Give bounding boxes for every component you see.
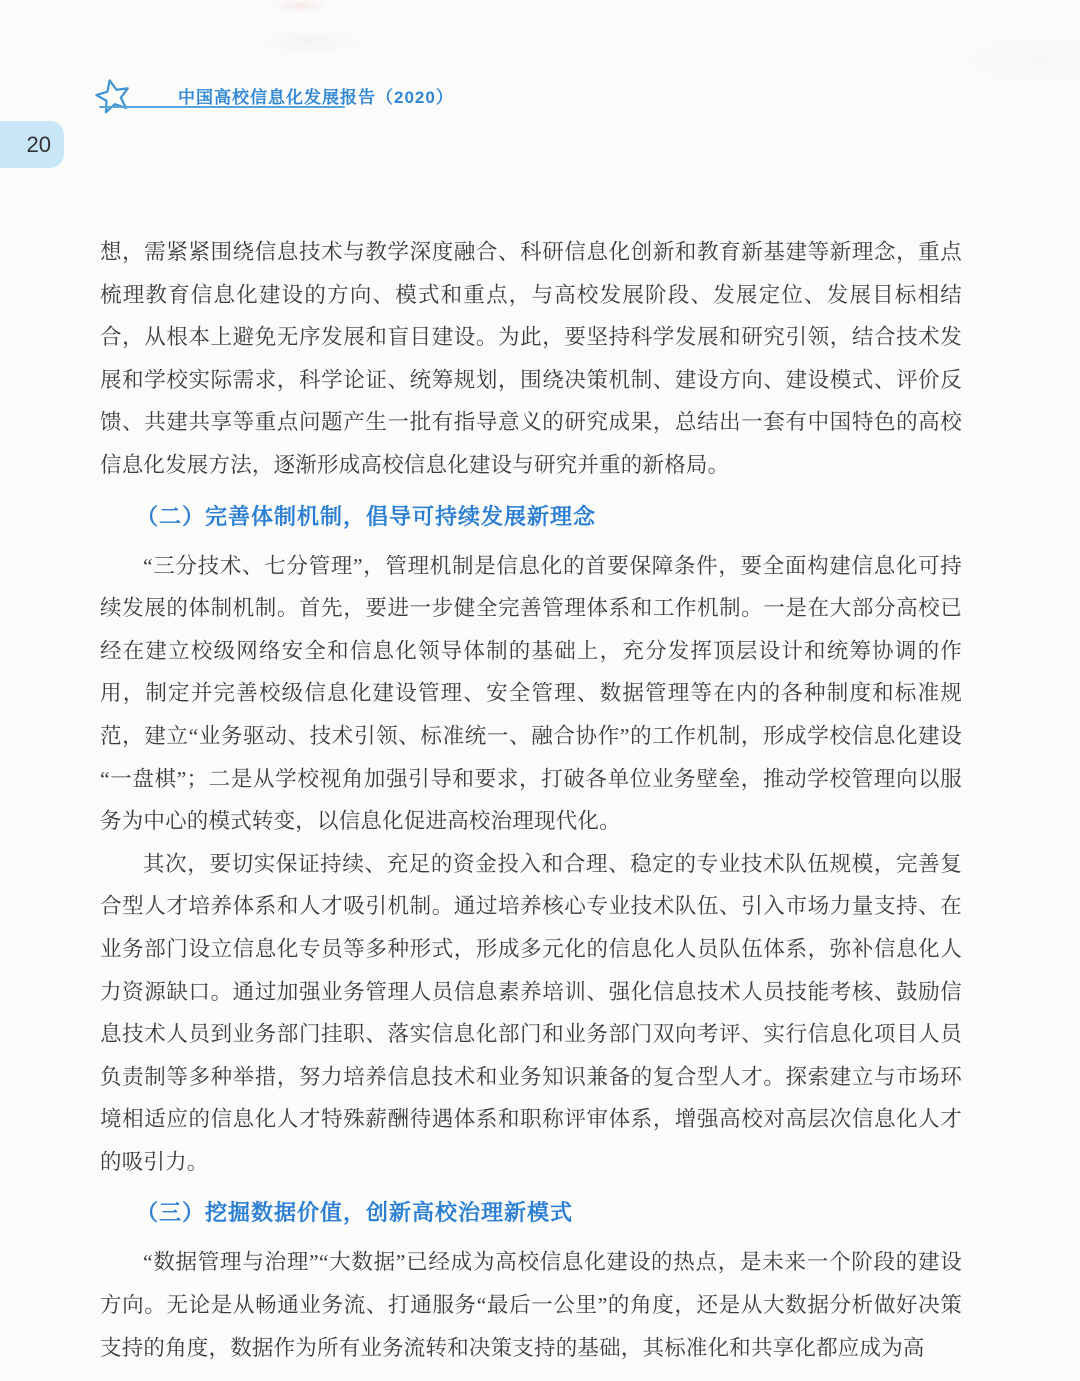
star-outline-icon xyxy=(93,76,133,116)
section-heading-3: （三）挖掘数据价值，创新高校治理新模式 xyxy=(136,1198,962,1228)
paragraph-continued: 想，需紧紧围绕信息技术与教学深度融合、科研信息化创新和教育新基建等新理念，重点梳… xyxy=(100,231,962,487)
paragraph: “三分技术、七分管理”，管理机制是信息化的首要保障条件，要全面构建信息化可持续发… xyxy=(100,545,962,843)
page-number-badge: 20 xyxy=(0,121,64,168)
paragraph: 其次，要切实保证持续、充足的资金投入和合理、稳定的专业技术队伍规模，完善复合型人… xyxy=(100,843,962,1184)
report-title: 中国高校信息化发展报告（2020） xyxy=(178,83,454,108)
page-number: 20 xyxy=(27,132,51,158)
document-page: 中国高校信息化发展报告（2020） 20 想，需紧紧围绕信息技术与教学深度融合、… xyxy=(0,0,1080,1381)
page-content: 想，需紧紧围绕信息技术与教学深度融合、科研信息化创新和教育新基建等新理念，重点梳… xyxy=(100,231,962,1369)
paragraph: “数据管理与治理”“大数据”已经成为高校信息化建设的热点，是未来一个阶段的建设方… xyxy=(100,1241,962,1369)
header-underline xyxy=(99,106,345,108)
page-header: 中国高校信息化发展报告（2020） xyxy=(0,0,1080,120)
section-heading-2: （二）完善体制机制，倡导可持续发展新理念 xyxy=(136,502,962,532)
